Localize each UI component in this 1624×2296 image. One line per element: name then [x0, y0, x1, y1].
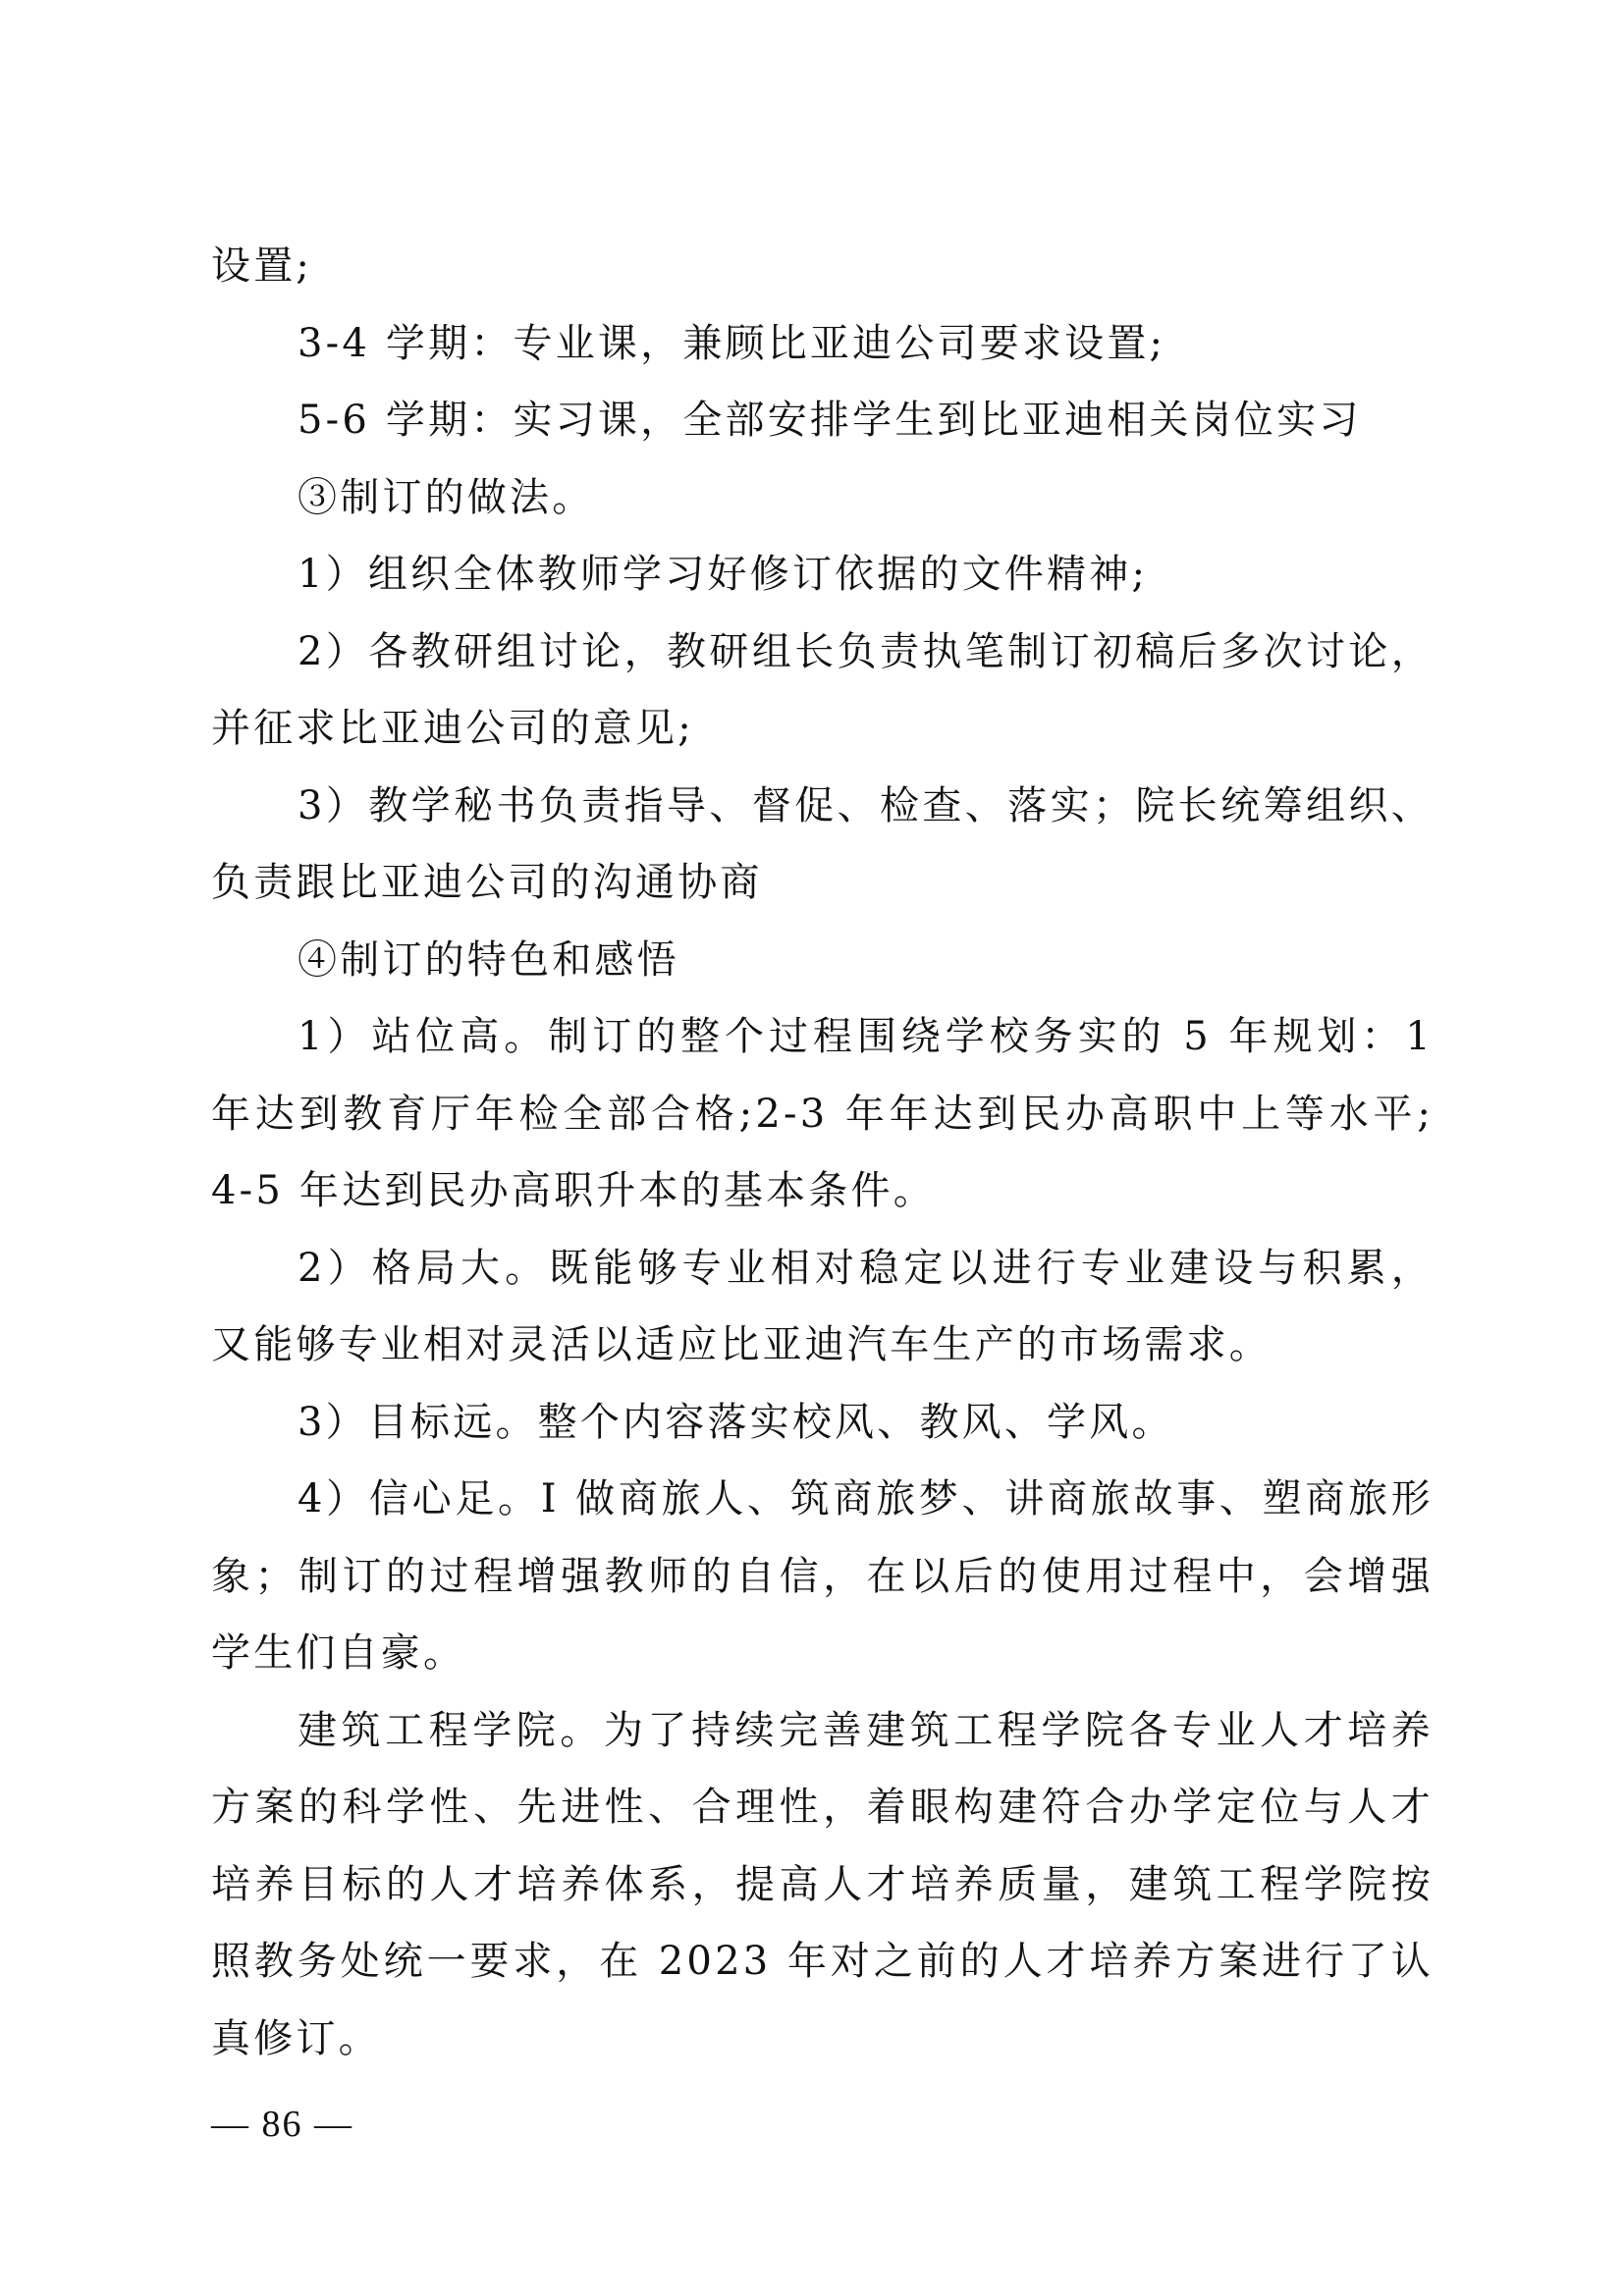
- list-item: 1）组织全体教师学习好修订依据的文件精神;: [211, 536, 1434, 614]
- text-line: 3-4 学期：专业课，兼顾比亚迪公司要求设置;: [211, 305, 1434, 383]
- document-body: 设置; 3-4 学期：专业课，兼顾比亚迪公司要求设置; 5-6 学期：实习课，全…: [211, 228, 1434, 2077]
- text-line: 培养目标的人才培养体系，提高人才培养质量，建筑工程学院按: [211, 1846, 1434, 1924]
- list-item: 1）站位高。制订的整个过程围绕学校务实的 5 年规划：1: [211, 998, 1434, 1076]
- paragraph-start: 建筑工程学院。为了持续完善建筑工程学院各专业人才培养: [211, 1692, 1434, 1770]
- list-item: 2）格局大。既能够专业相对稳定以进行专业建设与积累，: [211, 1230, 1434, 1308]
- text-line: 年达到教育厅年检全部合格;2-3 年年达到民办高职中上等水平;: [211, 1076, 1434, 1153]
- list-item: 4）信心足。I 做商旅人、筑商旅梦、讲商旅故事、塑商旅形: [211, 1461, 1434, 1538]
- text-line: 方案的科学性、先进性、合理性，着眼构建符合办学定位与人才: [211, 1769, 1434, 1846]
- page-number: — 86 —: [211, 2103, 353, 2146]
- section-heading: ③制订的做法。: [211, 459, 1434, 537]
- text-line: 又能够专业相对灵活以适应比亚迪汽车生产的市场需求。: [211, 1307, 1434, 1384]
- list-item: 3）教学秘书负责指导、督促、检查、落实；院长统筹组织、: [211, 768, 1434, 845]
- text-line: 5-6 学期：实习课，全部安排学生到比亚迪相关岗位实习: [211, 382, 1434, 459]
- text-line: 照教务处统一要求，在 2023 年对之前的人才培养方案进行了认: [211, 1923, 1434, 2001]
- section-heading: ④制订的特色和感悟: [211, 922, 1434, 999]
- text-line: 象；制订的过程增强教师的自信，在以后的使用过程中，会增强: [211, 1538, 1434, 1616]
- list-item: 2）各教研组讨论，教研组长负责执笔制订初稿后多次讨论，: [211, 614, 1434, 691]
- text-line: 真修订。: [211, 2001, 1434, 2078]
- text-line: 负责跟比亚迪公司的沟通协商: [211, 844, 1434, 922]
- text-line: 学生们自豪。: [211, 1615, 1434, 1692]
- text-line: 设置;: [211, 228, 1434, 305]
- text-line: 并征求比亚迪公司的意见;: [211, 690, 1434, 768]
- list-item: 3）目标远。整个内容落实校风、教风、学风。: [211, 1384, 1434, 1462]
- text-line: 4-5 年达到民办高职升本的基本条件。: [211, 1152, 1434, 1230]
